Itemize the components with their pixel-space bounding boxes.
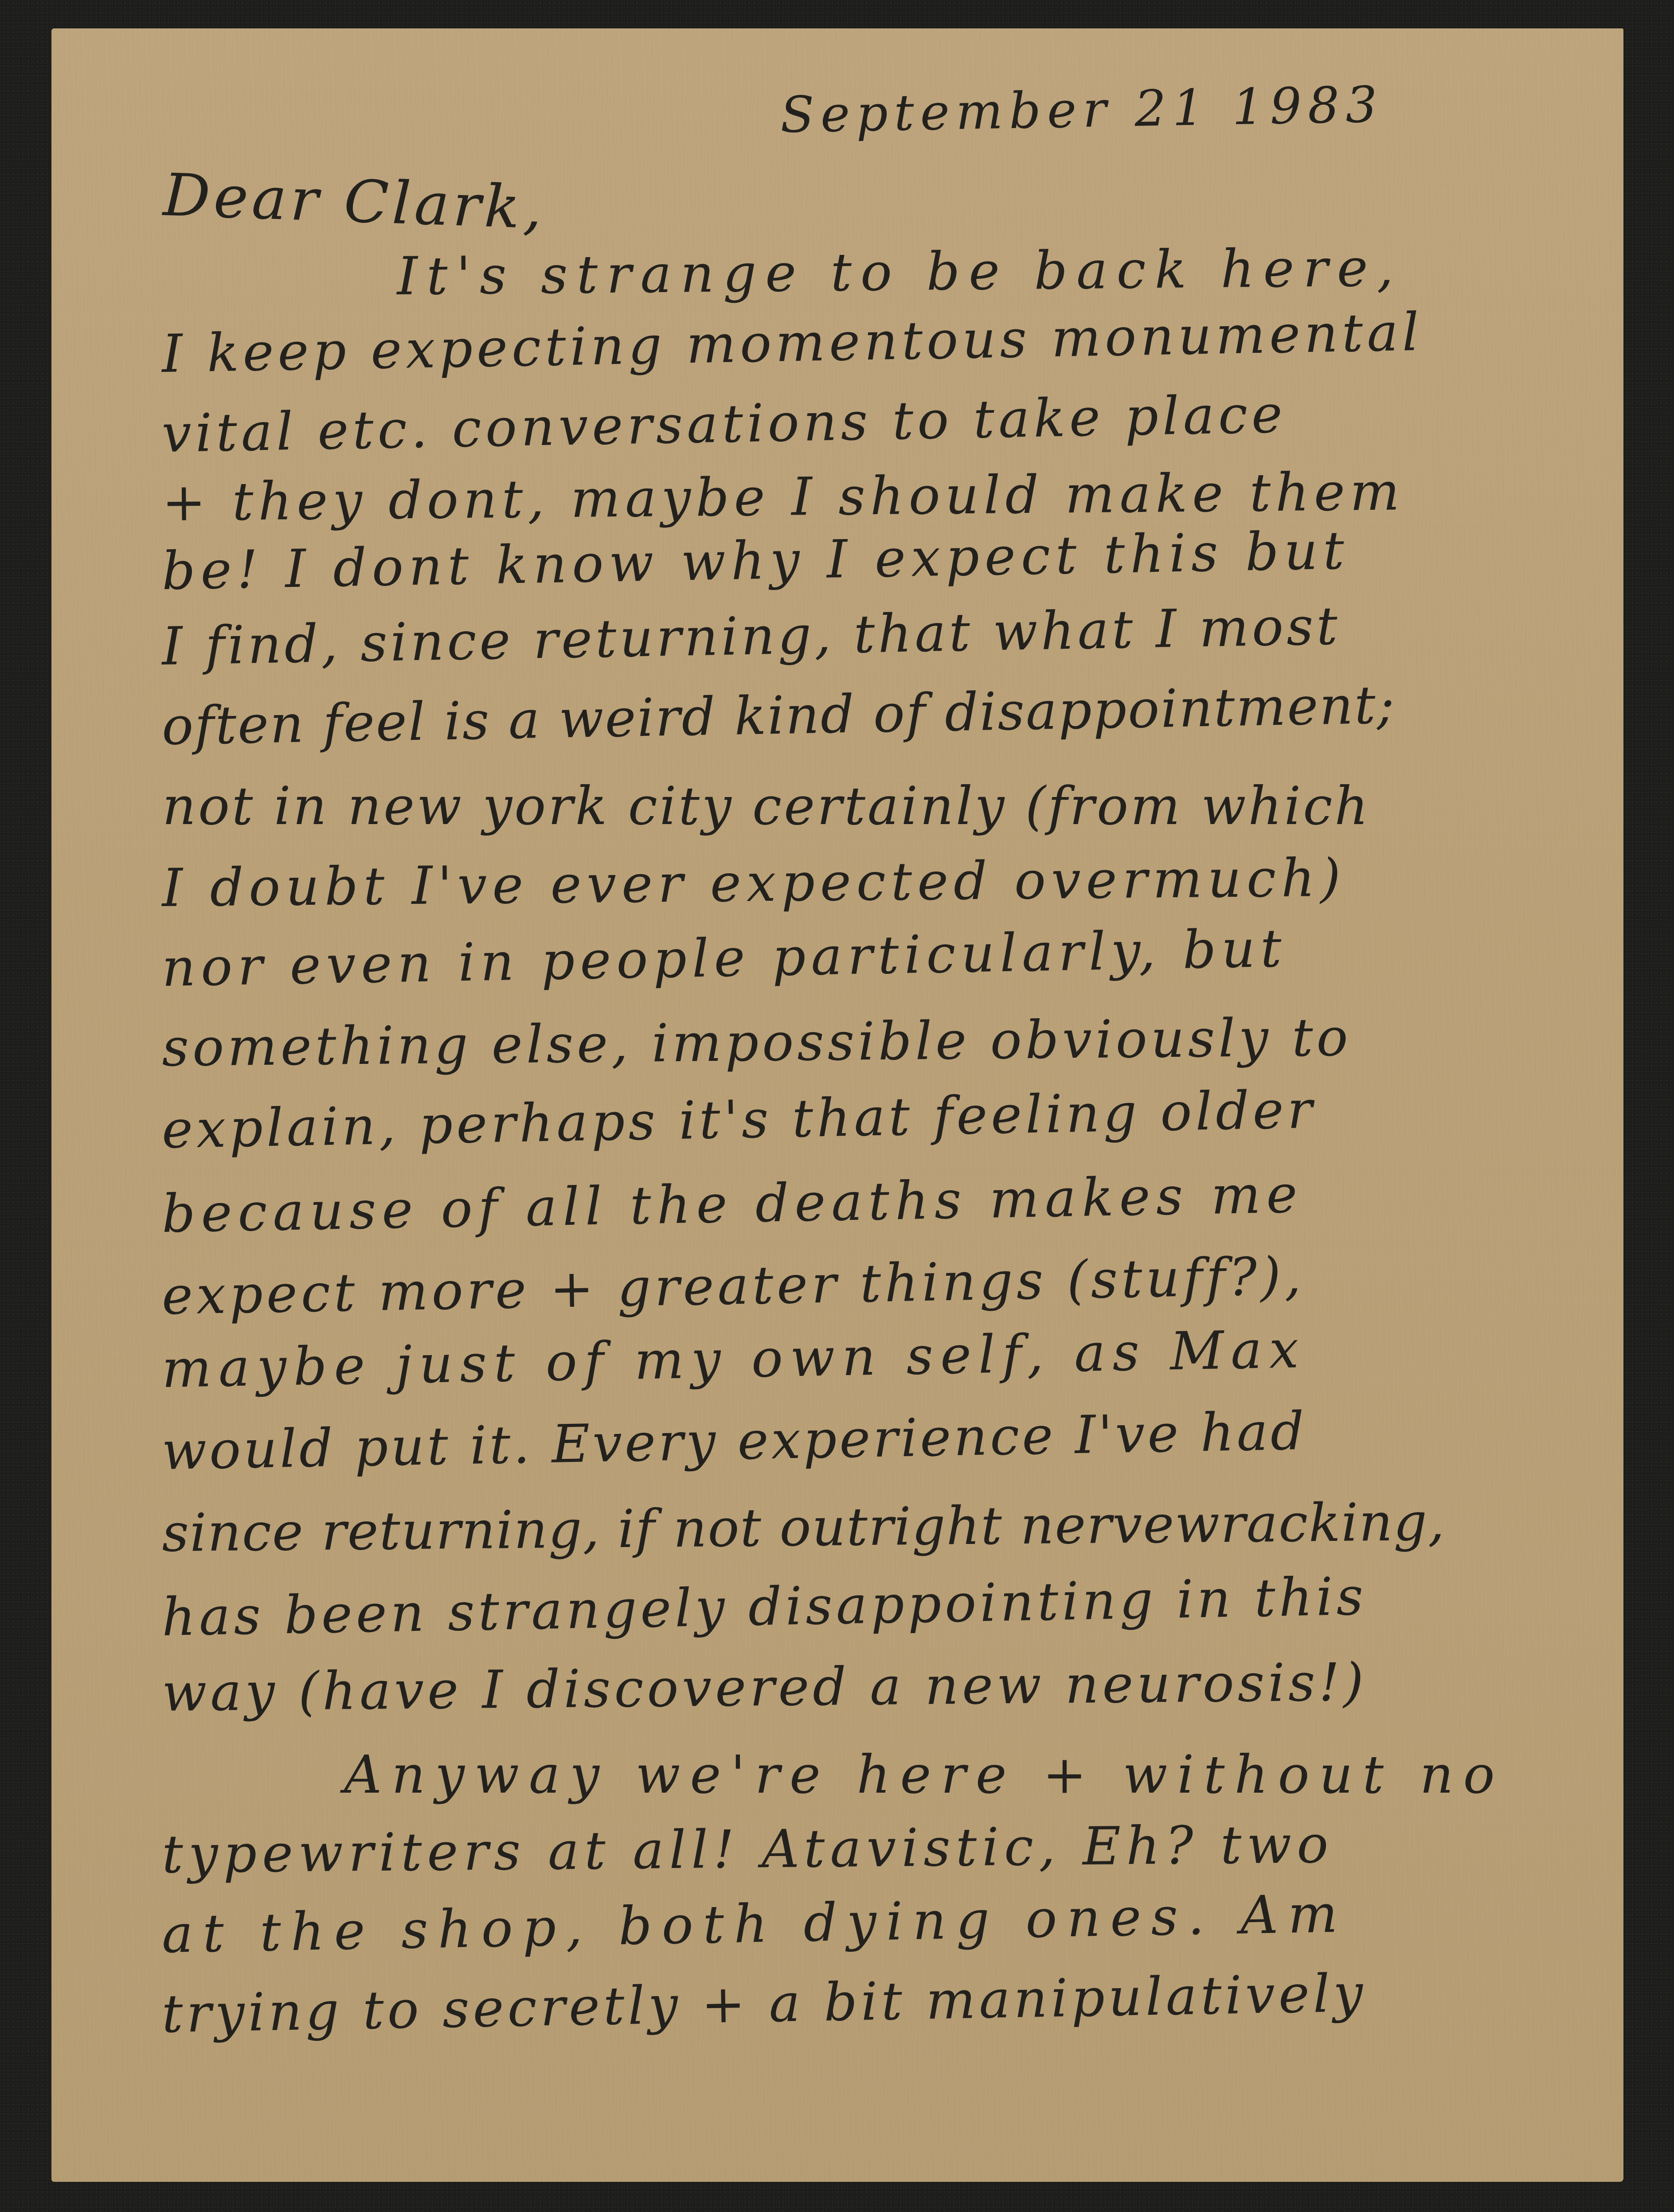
letter-line: explain, perhaps it's that feeling older bbox=[161, 1083, 1316, 1156]
letter-line: It's strange to be back here, bbox=[397, 241, 1403, 302]
letter-line: at the shop, both dying ones. Am bbox=[161, 1887, 1348, 1960]
letter-line: I keep expecting momentous monumental bbox=[161, 305, 1423, 380]
letter-line: nor even in people particularly, but bbox=[161, 922, 1287, 994]
letter-line: be! I dont know why I expect this but bbox=[161, 524, 1350, 597]
letter-line: maybe just of my own self, as Max bbox=[161, 1323, 1306, 1395]
letter-line: because of all the deaths makes me bbox=[161, 1168, 1303, 1240]
letter-line: something else, impossible obviously to bbox=[162, 1011, 1352, 1074]
letter-line: not in new york city certainly (from whi… bbox=[162, 780, 1370, 832]
letter-line: would put it. Every experience I've had bbox=[161, 1405, 1307, 1477]
letter-line: I find, since returning, that what I mos… bbox=[161, 600, 1341, 672]
letter-line: has been strangely disappointing in this bbox=[161, 1570, 1367, 1643]
letter-page: September 21 1983 Dear Clark, It's stran… bbox=[51, 28, 1623, 2182]
letter-line: typewriters at all! Atavistic, Eh? two bbox=[162, 1818, 1334, 1880]
letter-line: Anyway we're here + without no bbox=[344, 1748, 1505, 1801]
letter-line: + they dont, maybe I should make them bbox=[162, 465, 1404, 528]
letter-date: September 21 1983 bbox=[780, 80, 1384, 140]
letter-line: I doubt I've ever expected overmuch) bbox=[162, 852, 1346, 914]
letter-line: since returning, if not outright nervewr… bbox=[162, 1496, 1446, 1559]
letter-line: way (have I discovered a new neurosis!) bbox=[162, 1656, 1367, 1719]
letter-line: often feel is a weird kind of disappoint… bbox=[161, 678, 1396, 752]
letter-salutation: Dear Clark, bbox=[162, 166, 547, 238]
letter-line: vital etc. conversations to take place bbox=[161, 388, 1287, 460]
letter-line: trying to secretly + a bit manipulativel… bbox=[161, 1967, 1367, 2040]
letter-line: expect more + greater things (stuff?), bbox=[161, 1250, 1305, 1322]
